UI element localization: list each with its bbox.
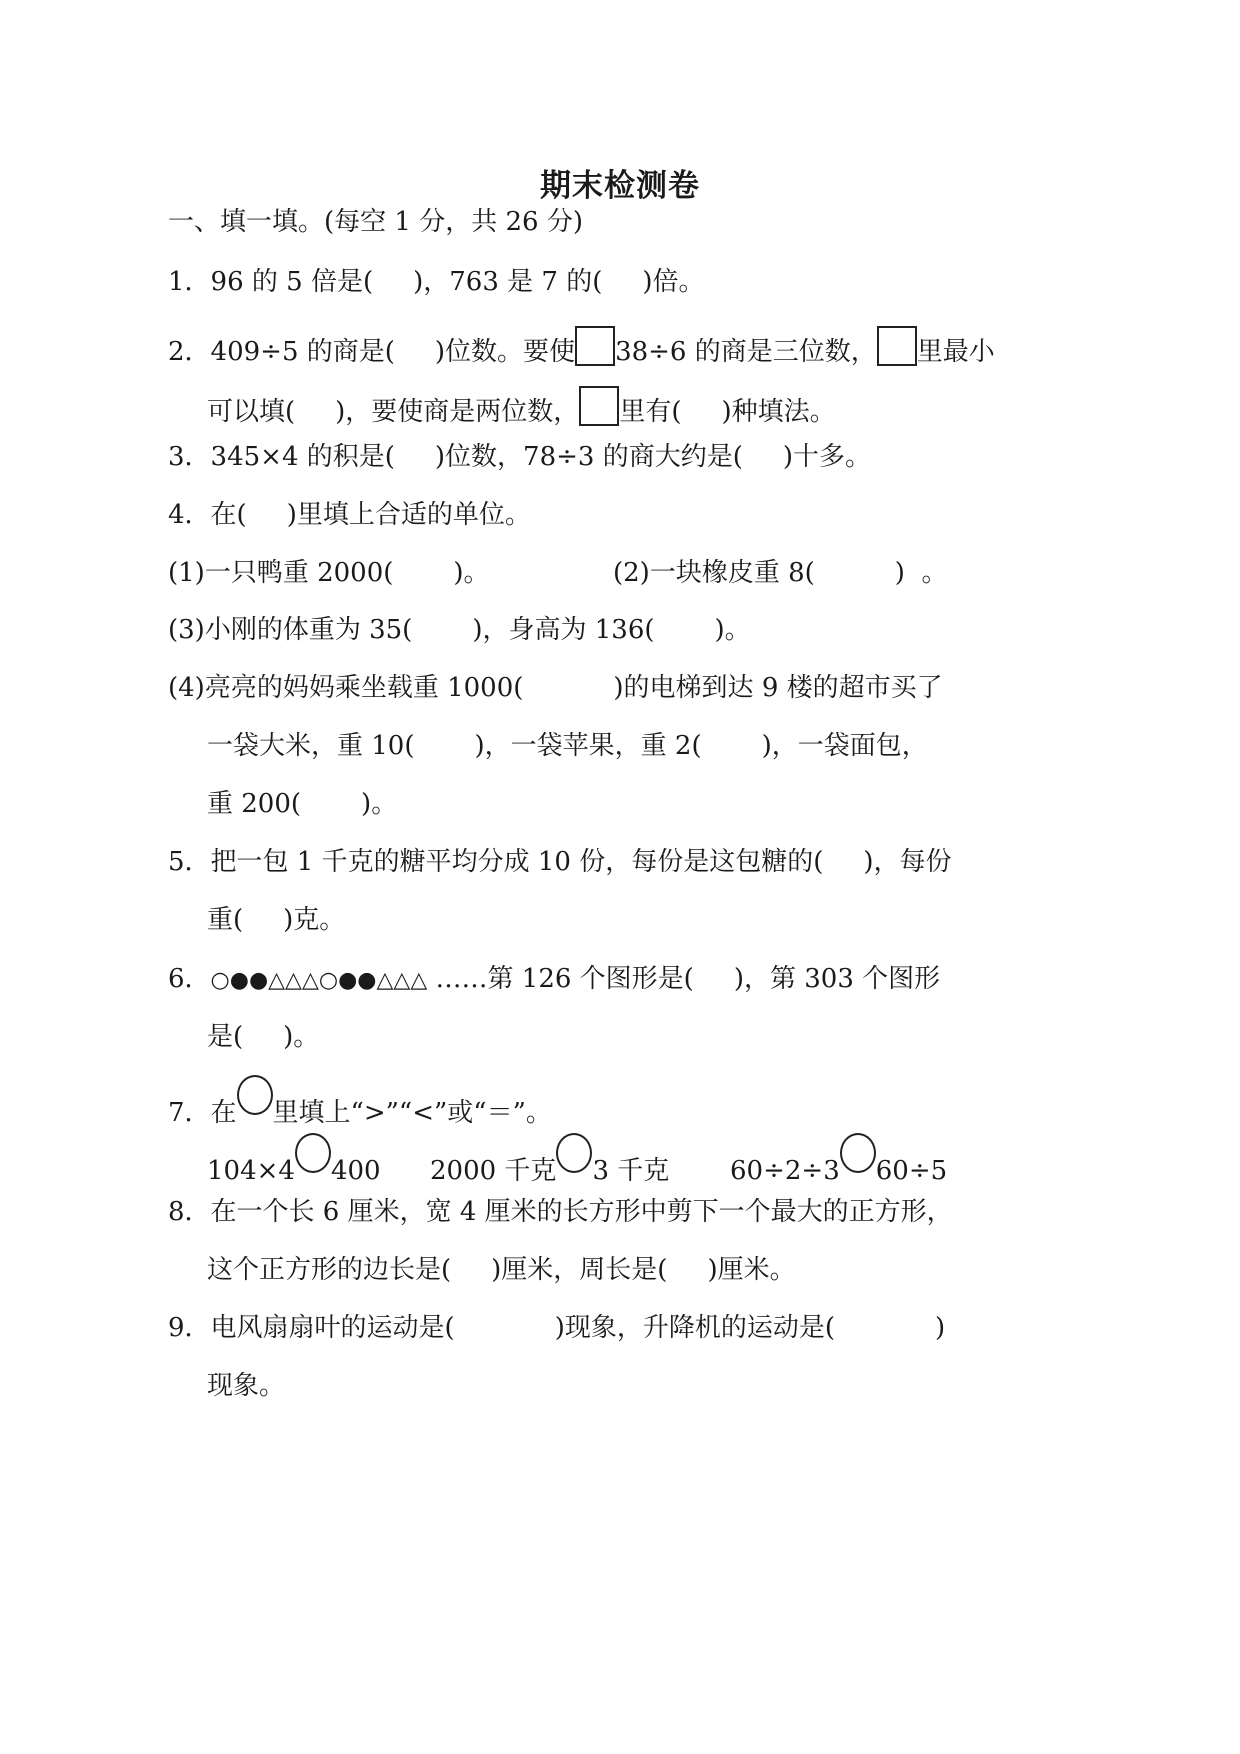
q4-text: )，一袋面包， bbox=[762, 731, 928, 761]
q5-text: )，每份 bbox=[863, 847, 951, 877]
question-1: 1．96 的 5 倍是()，763 是 7 的()倍。 bbox=[168, 265, 705, 299]
question-4-part-1: (1)一只鸭重 2000()。 bbox=[168, 556, 490, 590]
q4-text: 4．在( bbox=[168, 500, 247, 530]
question-6-line-2: 是()。 bbox=[207, 1020, 319, 1054]
q4-text: )的电梯到达 9 楼的超市买了 bbox=[613, 673, 942, 703]
compare-2: 2000 千克3 千克 bbox=[430, 1143, 669, 1177]
q4-text: (4)亮亮的妈妈乘坐载重 1000( bbox=[168, 673, 523, 703]
q4-text: )。 bbox=[715, 615, 751, 645]
question-8: 8．在一个长 6 厘米，宽 4 厘米的长方形中剪下一个最大的正方形， bbox=[168, 1195, 953, 1229]
question-2-line-2: 可以填()，要使商是两位数，里有()种填法。 bbox=[207, 386, 836, 420]
question-5: 5．把一包 1 千克的糖平均分成 10 份，每份是这包糖的()，每份 bbox=[168, 845, 952, 879]
q8-text: )厘米，周长是( bbox=[491, 1255, 667, 1285]
q1-text: )，763 是 7 的( bbox=[413, 267, 602, 297]
q9-text: ) bbox=[935, 1313, 945, 1343]
question-2: 2．409÷5 的商是()位数。要使38÷6 的商是三位数，里最小 bbox=[168, 326, 995, 360]
q4-text: ) 。 bbox=[895, 558, 948, 588]
q3-text: 3．345×4 的积是( bbox=[168, 442, 395, 472]
q7-expr: 104×4 bbox=[207, 1156, 295, 1186]
q7-expr: 60÷5 bbox=[876, 1156, 947, 1186]
q6-text: 是( bbox=[207, 1022, 243, 1052]
q5-text: 5．把一包 1 千克的糖平均分成 10 份，每份是这包糖的( bbox=[168, 847, 823, 877]
q4-text: )，身高为 136( bbox=[472, 615, 654, 645]
q3-text: )十多。 bbox=[783, 442, 871, 472]
compare-1: 104×4400 bbox=[207, 1143, 381, 1177]
q7-expr: 3 千克 bbox=[592, 1156, 669, 1186]
q5-text: )克。 bbox=[283, 905, 345, 935]
q7-expr: 60÷2÷3 bbox=[730, 1156, 840, 1186]
q2-text: )，要使商是两位数， bbox=[335, 397, 579, 427]
q1-text: 1．96 的 5 倍是( bbox=[168, 267, 373, 297]
question-4: 4．在()里填上合适的单位。 bbox=[168, 498, 531, 532]
q2-text: 里最小 bbox=[917, 337, 995, 367]
question-4-part-2: (2)一块橡皮重 8() 。 bbox=[613, 556, 947, 590]
q4-text: )，一袋苹果，重 2( bbox=[475, 731, 702, 761]
question-4-part-4-line-2: 一袋大米，重 10()，一袋苹果，重 2()，一袋面包， bbox=[207, 729, 928, 763]
q4-text: )。 bbox=[453, 558, 489, 588]
circle-blank-icon[interactable] bbox=[556, 1133, 592, 1173]
q7-expr: 2000 千克 bbox=[430, 1156, 556, 1186]
q7-text: 7．在 bbox=[168, 1098, 237, 1128]
q2-text: )种填法。 bbox=[721, 397, 835, 427]
circle-blank-icon[interactable] bbox=[295, 1133, 331, 1173]
q4-text: )里填上合适的单位。 bbox=[287, 500, 531, 530]
square-box-icon[interactable] bbox=[877, 326, 917, 366]
q2-text: 2．409÷5 的商是( bbox=[168, 337, 395, 367]
question-6: 6．○●●△△△○●●△△△ ……第 126 个图形是()，第 303 个图形 bbox=[168, 962, 940, 996]
q2-text: 可以填( bbox=[207, 397, 295, 427]
q1-text: )倍。 bbox=[642, 267, 704, 297]
q6-text: )，第 303 个图形 bbox=[734, 964, 940, 994]
question-4-part-4: (4)亮亮的妈妈乘坐载重 1000()的电梯到达 9 楼的超市买了 bbox=[168, 671, 943, 705]
q8-text: )厘米。 bbox=[707, 1255, 795, 1285]
circle-blank-icon bbox=[237, 1075, 273, 1115]
q2-text: )位数。要使 bbox=[435, 337, 575, 367]
question-4-part-3: (3)小刚的体重为 35()，身高为 136()。 bbox=[168, 613, 751, 647]
question-9-line-2: 现象。 bbox=[207, 1369, 285, 1403]
question-7: 7．在里填上“>”“<”或“＝”。 bbox=[168, 1085, 552, 1119]
q6-number: 6． bbox=[168, 964, 211, 994]
compare-3: 60÷2÷360÷5 bbox=[730, 1143, 947, 1177]
q2-text: 38÷6 的商是三位数， bbox=[615, 337, 877, 367]
q7-expr: 400 bbox=[331, 1156, 381, 1186]
section-heading: 一、填一填。(每空 1 分，共 26 分) bbox=[168, 205, 583, 239]
q9-text: 9．电风扇扇叶的运动是( bbox=[168, 1313, 455, 1343]
q4-text: (3)小刚的体重为 35( bbox=[168, 615, 412, 645]
q7-text: 里填上“>”“<”或“＝”。 bbox=[273, 1098, 552, 1128]
q2-text: 里有( bbox=[619, 397, 681, 427]
circle-blank-icon[interactable] bbox=[840, 1133, 876, 1173]
page-title: 期末检测卷 bbox=[0, 160, 1240, 205]
question-3: 3．345×4 的积是()位数，78÷3 的商大约是()十多。 bbox=[168, 440, 871, 474]
q6-text: )。 bbox=[283, 1022, 319, 1052]
q4-text: )。 bbox=[361, 789, 397, 819]
question-8-line-2: 这个正方形的边长是()厘米，周长是()厘米。 bbox=[207, 1253, 796, 1287]
shape-pattern: ○●●△△△○●●△△△ bbox=[211, 968, 428, 993]
question-4-part-4-line-3: 重 200()。 bbox=[207, 787, 397, 821]
q4-text: 一袋大米，重 10( bbox=[207, 731, 415, 761]
question-5-line-2: 重()克。 bbox=[207, 903, 345, 937]
q5-text: 重( bbox=[207, 905, 243, 935]
q8-text: 这个正方形的边长是( bbox=[207, 1255, 451, 1285]
q3-text: )位数，78÷3 的商大约是( bbox=[435, 442, 743, 472]
square-box-icon[interactable] bbox=[575, 326, 615, 366]
q9-text: )现象，升降机的运动是( bbox=[555, 1313, 835, 1343]
q4-text: (1)一只鸭重 2000( bbox=[168, 558, 393, 588]
q6-text: ……第 126 个图形是( bbox=[427, 964, 694, 994]
q4-text: 重 200( bbox=[207, 789, 301, 819]
question-9: 9．电风扇扇叶的运动是()现象，升降机的运动是() bbox=[168, 1311, 945, 1345]
square-box-icon[interactable] bbox=[579, 386, 619, 426]
q4-text: (2)一块橡皮重 8( bbox=[613, 558, 815, 588]
